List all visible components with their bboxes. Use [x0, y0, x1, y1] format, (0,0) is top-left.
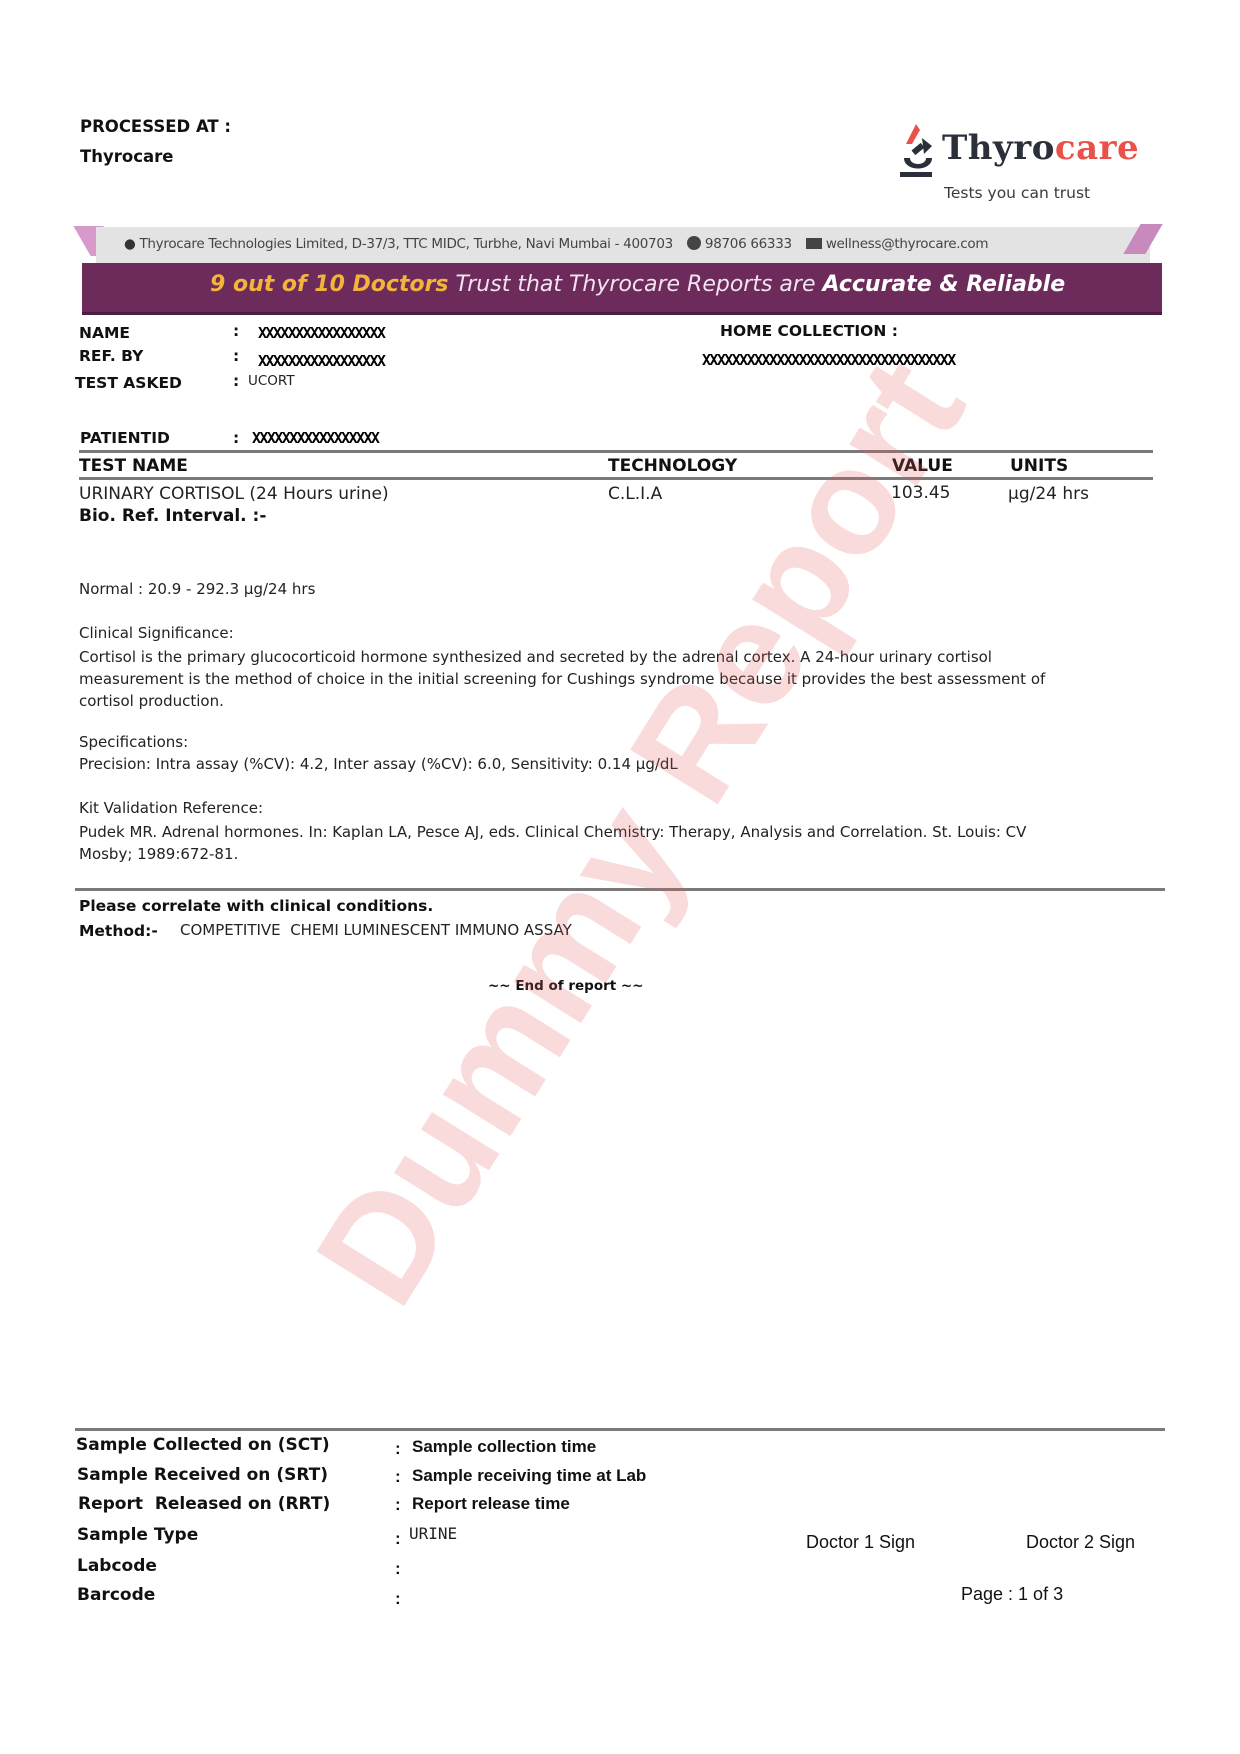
phone-text: 98706 66333	[705, 236, 792, 252]
footer-rule	[75, 1428, 1165, 1431]
normal-range: Normal : 20.9 - 292.3 µg/24 hrs	[79, 580, 315, 598]
kit-validation-title: Kit Validation Reference:	[79, 799, 263, 817]
footer-value-srt: Sample receiving time at Lab	[412, 1466, 646, 1486]
col-header-units: UNITS	[1010, 456, 1068, 476]
email-text: wellness@thyrocare.com	[826, 236, 988, 252]
address-text: Thyrocare Technologies Limited, D-37/3, …	[139, 236, 672, 252]
mail-icon	[806, 238, 822, 249]
col-header-value: VALUE	[892, 456, 953, 476]
processed-at-label: PROCESSED AT :	[80, 117, 231, 136]
footer-colon-rrt: :	[395, 1495, 401, 1515]
test-asked-label: TEST ASKED	[75, 374, 182, 392]
table-top-rule	[79, 450, 1153, 453]
specifications-title: Specifications:	[79, 733, 188, 751]
home-collection-value: XXXXXXXXXXXXXXXXXXXXXXXXXXXXXXXXXX	[702, 351, 955, 369]
name-value: XXXXXXXXXXXXXXXXX	[258, 324, 384, 342]
table-header-rule	[79, 477, 1153, 480]
clinical-significance-text: Cortisol is the primary glucocorticoid h…	[79, 646, 1045, 712]
doctor-1-sign: Doctor 1 Sign	[806, 1532, 915, 1553]
col-header-technology: TECHNOLOGY	[608, 456, 737, 476]
refby-label: REF. BY	[79, 347, 143, 365]
whatsapp-phone-icon	[687, 236, 701, 250]
footer-label-srt: Sample Received on (SRT)	[77, 1465, 328, 1485]
units-cell: µg/24 hrs	[1008, 484, 1089, 504]
footer-label-sample-type: Sample Type	[77, 1525, 198, 1545]
specifications-text: Precision: Intra assay (%CV): 4.2, Inter…	[79, 755, 678, 773]
banner-slogan: 9 out of 10 Doctors Trust that Thyrocare…	[210, 272, 1065, 297]
footer-colon-barcode: :	[395, 1589, 401, 1609]
test-asked-value: UCORT	[248, 373, 295, 389]
logo-wordmark: Thyrocare	[942, 128, 1139, 168]
name-colon: :	[233, 322, 239, 340]
test-name-cell: URINARY CORTISOL (24 Hours urine)	[79, 484, 389, 504]
method-value: COMPETITIVE CHEMI LUMINESCENT IMMUNO ASS…	[180, 921, 572, 939]
end-of-report: ~~ End of report ~~	[488, 978, 644, 994]
location-pin-icon: ●	[124, 236, 135, 252]
correlate-note: Please correlate with clinical condition…	[79, 897, 433, 915]
footer-colon-srt: :	[395, 1467, 401, 1487]
conclusion-rule	[75, 888, 1165, 891]
kit-validation-text: Pudek MR. Adrenal hormones. In: Kaplan L…	[79, 821, 1026, 865]
footer-value-sample-type: URINE	[409, 1524, 457, 1543]
footer-label-sct: Sample Collected on (SCT)	[76, 1435, 330, 1455]
patientid-value: XXXXXXXXXXXXXXXXX	[252, 429, 378, 447]
home-collection-label: HOME COLLECTION :	[720, 322, 898, 340]
footer-label-rrt: Report Released on (RRT)	[78, 1494, 330, 1514]
refby-value: XXXXXXXXXXXXXXXXX	[258, 352, 384, 370]
name-label: NAME	[79, 324, 130, 342]
footer-label-labcode: Labcode	[77, 1556, 157, 1576]
footer-colon-labcode: :	[395, 1559, 401, 1579]
bio-ref-interval-label: Bio. Ref. Interval. :-	[79, 506, 266, 526]
patientid-label: PATIENTID	[80, 429, 170, 447]
footer-value-sct: Sample collection time	[412, 1437, 596, 1457]
footer-colon-sample-type: :	[395, 1529, 401, 1549]
technology-cell: C.L.I.A	[608, 484, 662, 504]
method-label: Method:-	[79, 922, 158, 940]
footer-label-barcode: Barcode	[77, 1585, 155, 1605]
value-cell: 103.45	[891, 483, 950, 503]
thyrocare-logo: Thyrocare Tests you can trust	[898, 120, 1168, 210]
page-number: Page : 1 of 3	[961, 1584, 1063, 1605]
logo-tagline: Tests you can trust	[944, 184, 1090, 202]
processed-at-value: Thyrocare	[80, 147, 173, 166]
footer-colon-sct: :	[395, 1439, 401, 1459]
banner-contact: ● Thyrocare Technologies Limited, D-37/3…	[124, 236, 988, 252]
footer-value-rrt: Report release time	[412, 1494, 570, 1514]
flask-drop-logo-icon	[898, 120, 940, 178]
patientid-colon: :	[233, 429, 239, 447]
col-header-test-name: TEST NAME	[79, 456, 188, 476]
doctor-2-sign: Doctor 2 Sign	[1026, 1532, 1135, 1553]
test-asked-colon: :	[233, 372, 239, 390]
refby-colon: :	[233, 347, 239, 365]
clinical-significance-title: Clinical Significance:	[79, 624, 234, 642]
